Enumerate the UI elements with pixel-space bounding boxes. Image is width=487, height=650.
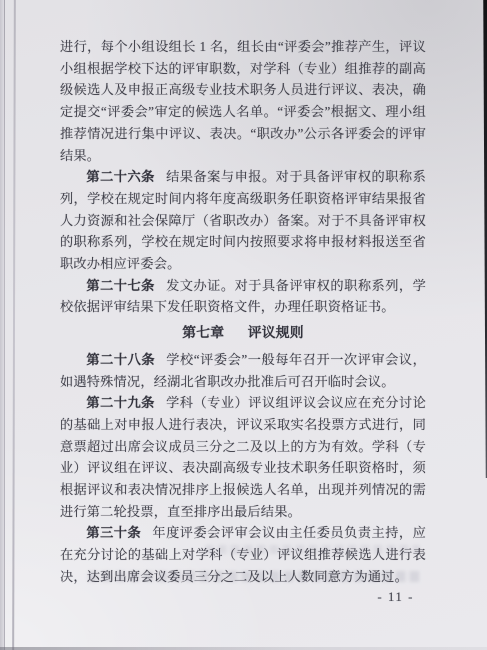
- chapter-title: 评议规则: [248, 322, 304, 344]
- chapter-label: 第七章: [182, 322, 224, 344]
- photo-background-right-edge: [482, 0, 487, 478]
- chapter-heading: 第七章 评议规则: [60, 322, 426, 344]
- article-number: 第二十七条: [86, 278, 166, 293]
- paragraph-article-28: 第二十八条学校“评委会”一般每年召开一次评审会议，如遇特殊情况，经湖北省职改办批…: [60, 349, 426, 392]
- paragraph-continuation: 进行，每个小组设组长 1 名，组长由“评委会”推荐产生，评议小组根据学校下达的评…: [60, 36, 426, 166]
- paragraph-text: 进行，每个小组设组长 1 名，组长由“评委会”推荐产生，评议小组根据学校下达的评…: [60, 39, 426, 163]
- article-number: 第三十条: [86, 525, 152, 540]
- paragraph-article-30: 第三十条年度评委会评审会议由主任委员负责主持，应在充分讨论的基础上对学科（专业）…: [60, 522, 426, 587]
- article-number: 第二十八条: [86, 352, 166, 367]
- article-number: 第二十六条: [86, 169, 166, 184]
- page-edge-line-outer: [4, 0, 5, 650]
- paragraph-text: 结果备案与申报。对于具备评审权的职称系列，学校在规定时间内将年度高级职务任职资格…: [60, 169, 426, 271]
- article-number: 第二十九条: [86, 395, 166, 410]
- page-edge-line-inner: [12, 0, 15, 650]
- document-body: 进行，每个小组设组长 1 名，组长由“评委会”推荐产生，评议小组根据学校下达的评…: [60, 36, 426, 588]
- paragraph-article-27: 第二十七条发文办证。对于具备评审权的职称系列，学校依据评审结果下发任职资格文件，…: [60, 275, 426, 318]
- paragraph-article-26: 第二十六条结果备案与申报。对于具备评审权的职称系列，学校在规定时间内将年度高级职…: [60, 166, 426, 275]
- document-photo: 进行，每个小组设组长 1 名，组长由“评委会”推荐产生，评议小组根据学校下达的评…: [0, 0, 487, 650]
- paragraph-article-29: 第二十九条学科（专业）评议组评议会议应在充分讨论的基础上对申报人进行表决，评议采…: [60, 392, 426, 522]
- paragraph-text: 学科（专业）评议组评议会议应在充分讨论的基础上对申报人进行表决，评议采取实名投票…: [60, 395, 426, 519]
- page-number: - 11 -: [377, 589, 414, 605]
- document-page: 进行，每个小组设组长 1 名，组长由“评委会”推荐产生，评议小组根据学校下达的评…: [0, 0, 487, 650]
